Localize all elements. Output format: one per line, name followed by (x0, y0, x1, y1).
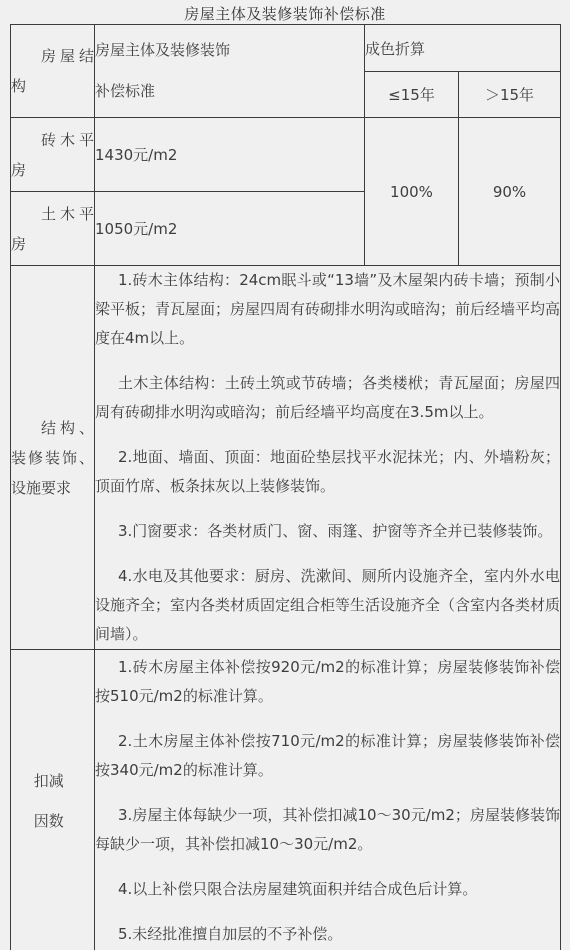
deduction-label-cell: 扣减因数 (11, 650, 95, 950)
header-structure-cell: 房屋结构 (11, 25, 95, 118)
requirements-paragraph: 2.地面、墙面、顶面：地面砼垫层找平水泥抹光；内、外墙粉灰；顶面竹席、板条抹灰以… (95, 443, 560, 501)
requirements-paragraph: 4.水电及其他要求：厨房、洗漱间、厕所内设施齐全，室内外水电设施齐全；室内各类材… (95, 562, 560, 649)
row-earthwood-type-cell: 土木平房 (11, 192, 95, 266)
document-page: 房屋主体及装修装饰补偿标准 房屋结构 房屋主体及装修装饰补偿标准 成色折算 ≤1… (0, 0, 570, 950)
row-earthwood-standard-value: 1050元/m2 (95, 220, 177, 238)
requirements-paragraph: 1.砖木主体结构：24cm眠斗或“13墙”及木屋架内砖卡墙；预制小梁平板；青瓦屋… (95, 266, 560, 353)
header-structure-label: 房屋结构 (11, 41, 94, 101)
table-row: 砖木平房 1430元/m2 100% 90% (11, 118, 561, 192)
header-condition-discount-cell: 成色折算 (365, 25, 561, 72)
deduction-paragraph: 4.以上补偿只限合法房屋建筑面积并结合成色后计算。 (95, 875, 560, 904)
deduction-paragraph: 2.土木房屋主体补偿按710元/m2的标准计算；房屋装修装饰补偿按340元/m2… (95, 727, 560, 785)
requirements-label-cell: 结构、装修装饰、设施要求 (11, 266, 95, 650)
deduction-paragraph: 3.房屋主体每缺少一项，其补偿扣减10～30元/m2；房屋装修装饰每缺少一项，其… (95, 801, 560, 859)
row-brickwood-type-cell: 砖木平房 (11, 118, 95, 192)
condition-le15-value-cell: 100% (365, 118, 459, 266)
deduction-label: 扣减因数 (34, 761, 72, 841)
deduction-content-cell: 1.砖木房屋主体补偿按920元/m2的标准计算；房屋装修装饰补偿按510元/m2… (95, 650, 561, 950)
condition-le15-value: 100% (390, 183, 433, 201)
page-title: 房屋主体及装修装饰补偿标准 (0, 3, 570, 24)
header-age-gt15-cell: ＞15年 (459, 72, 561, 118)
deduction-paragraph: 1.砖木房屋主体补偿按920元/m2的标准计算；房屋装修装饰补偿按510元/m2… (95, 653, 560, 711)
header-compensation-cell: 房屋主体及装修装饰补偿标准 (95, 25, 365, 118)
requirements-label: 结构、装修装饰、设施要求 (11, 413, 94, 503)
deduction-paragraph: 5.未经批准擅自加层的不予补偿。 (95, 920, 560, 949)
condition-gt15-value: 90% (493, 183, 526, 201)
row-brickwood-standard-cell: 1430元/m2 (95, 118, 365, 192)
row-earthwood-type-label: 土木平房 (11, 199, 94, 259)
condition-gt15-value-cell: 90% (459, 118, 561, 266)
header-age-gt15-label: ＞15年 (485, 86, 534, 104)
header-age-le15-label: ≤15年 (388, 86, 435, 104)
header-age-le15-cell: ≤15年 (365, 72, 459, 118)
requirements-paragraph: 土木主体结构：土砖土筑或节砖墙；各类楼栿；青瓦屋面；房屋四周有砖砌排水明沟或暗沟… (95, 369, 560, 427)
header-condition-discount-label: 成色折算 (365, 40, 425, 58)
header-compensation-label: 房屋主体及装修装饰补偿标准 (95, 30, 236, 112)
row-brickwood-type-label: 砖木平房 (11, 125, 94, 185)
requirements-paragraph: 3.门窗要求：各类材质门、窗、雨篷、护窗等齐全并已装修装饰。 (95, 517, 560, 546)
requirements-content-cell: 1.砖木主体结构：24cm眠斗或“13墙”及木屋架内砖卡墙；预制小梁平板；青瓦屋… (95, 266, 561, 650)
compensation-table: 房屋结构 房屋主体及装修装饰补偿标准 成色折算 ≤15年 ＞15年 砖木平房 1… (10, 24, 561, 950)
row-brickwood-standard-value: 1430元/m2 (95, 146, 177, 164)
row-earthwood-standard-cell: 1050元/m2 (95, 192, 365, 266)
